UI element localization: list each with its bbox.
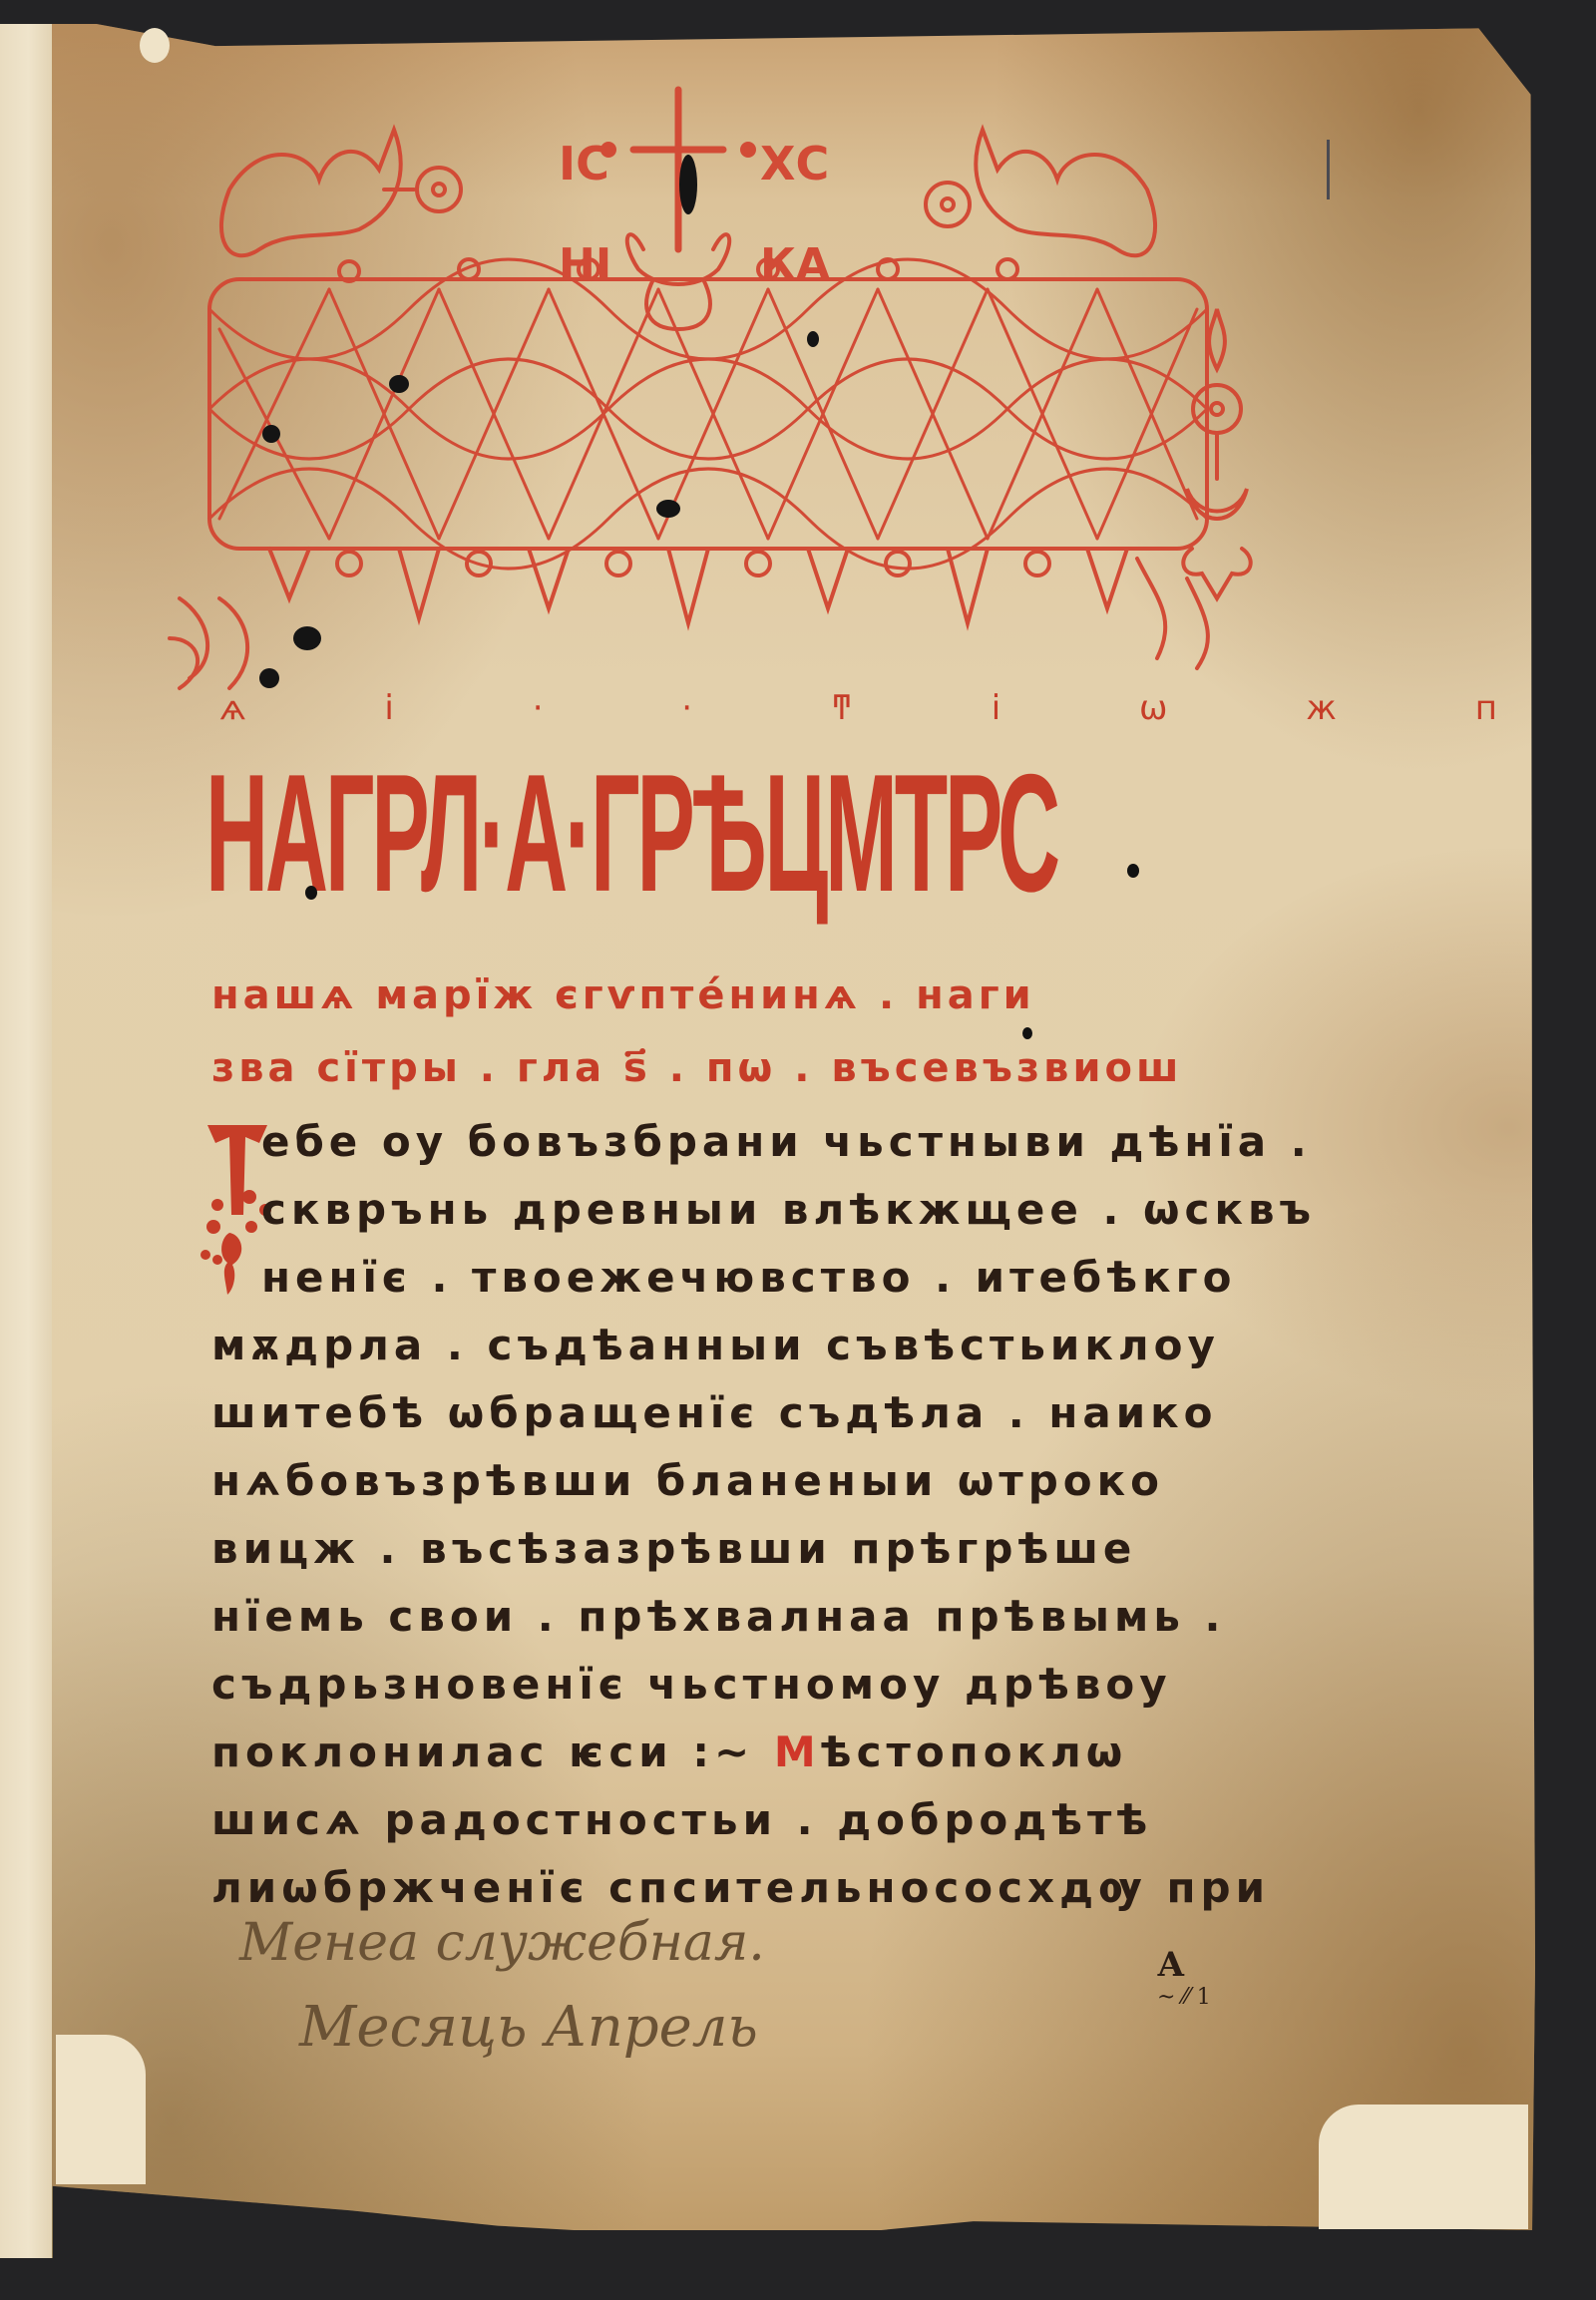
body-line-6: нѧбовъзрѣвши бланеныи ѡтроко [211, 1456, 1164, 1505]
body-line-8: нїемь свои . прѣхвалнаа прѣвымь . [211, 1592, 1225, 1641]
rubric-title-line: НАГРЛ·А·ГРѢЦМТРС [205, 718, 719, 967]
folio-marks: ~ ⁄⁄ 1 [1157, 1985, 1211, 2010]
folio-letter: А [1157, 1945, 1211, 1985]
ink-blot [1127, 864, 1139, 878]
body-line-10-start: поклонилас ѥси :~ [211, 1727, 774, 1776]
interlace-headpiece-ornament: ІС ХС НІ КА [150, 80, 1277, 698]
red-initial-m: М [774, 1727, 821, 1776]
body-line-3: ненїє . твоежечювство . итебѣкго [261, 1253, 1236, 1302]
body-line-10-end: ѣстопоклѡ [821, 1727, 1128, 1776]
ink-blot [1022, 1027, 1032, 1039]
christogram-ka: КА [760, 239, 830, 290]
body-line-7: вицж . въсѣзазрѣвши прѣгрѣше [211, 1524, 1136, 1573]
body-line-5: шитебѣ ѡбращенїє съдѣла . наико [211, 1388, 1218, 1437]
later-annotation-menaion: Менеа служебная. [239, 1913, 765, 1973]
body-line-11: шисѧ радостностьи . добродѣтѣ [211, 1795, 1152, 1844]
body-line-10: поклонилас ѥси :~ Мѣстопоклѡ [211, 1727, 1127, 1776]
rubric-line-2: зва сїтры . гла ѕ҃ . пѡ . въсевъзвиош [211, 1045, 1182, 1091]
body-line-4: мѫдрла . съдѣанныи съвѣстьиклоу [211, 1321, 1220, 1369]
page-content: ІС ХС НІ КА ѧ і · · ͳ і ѡ ж п НАГРЛ·А·ГР… [0, 0, 1596, 2300]
body-line-1: ебе оу бовъзбрани чьстныви дѣнїа . [261, 1117, 1312, 1166]
body-line-9: съдрьзновенїє чьстномоу дрѣвоу [211, 1660, 1172, 1709]
folio-number: А ~ ⁄⁄ 1 [1157, 1945, 1211, 2010]
later-annotation-month: Месяць Апрель [299, 1995, 758, 2060]
body-line-12: лиѡбржченїє спсительнососхдѹ при [211, 1863, 1270, 1912]
christogram-ni: НІ [559, 239, 611, 290]
christogram-is: ІС [559, 137, 609, 191]
ink-blot [305, 886, 317, 900]
rubric-line-1: нашѧ марїж єгѵпте́нинѧ . наги [211, 972, 1035, 1018]
body-line-2: скврънь древныи влѣкжщее . ѡсквъ [261, 1185, 1316, 1234]
christogram-xs: ХС [760, 137, 829, 191]
